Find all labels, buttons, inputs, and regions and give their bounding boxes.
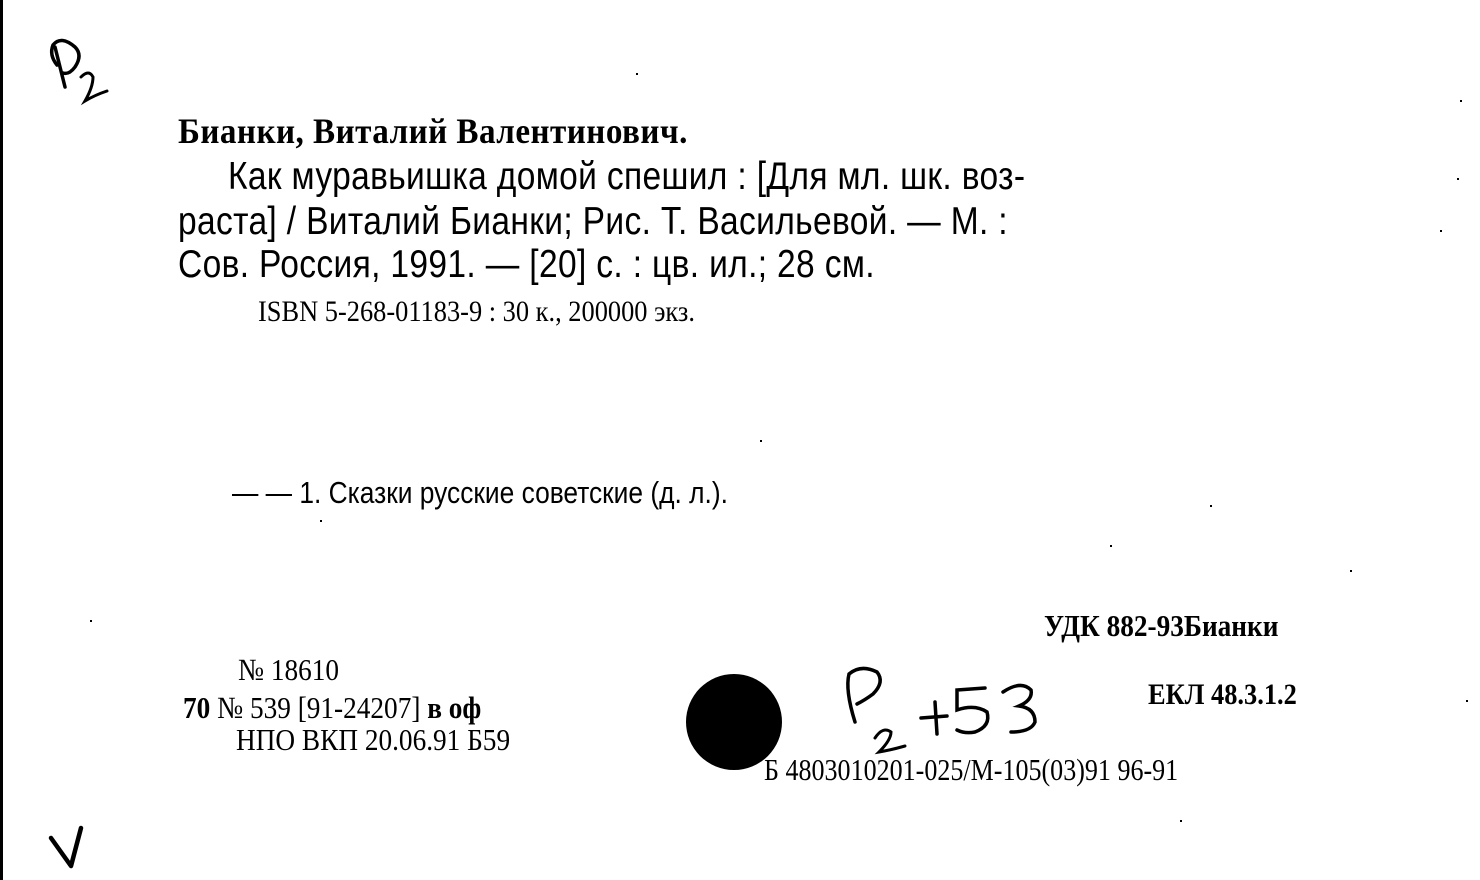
subject-heading: — — 1. Сказки русские советские (д. л.). [232, 475, 728, 511]
scan-speck [1180, 820, 1182, 822]
printing-publisher: НПО ВКП 20.06.91 Б59 [236, 722, 510, 758]
isbn-line: ISBN 5-268-01183-9 : 30 к., 200000 экз. [258, 295, 695, 329]
printing-order-main: № 539 [91-24207] [217, 690, 420, 725]
printing-number: № 18610 [238, 652, 339, 688]
title-line-3: Сов. Россия, 1991. — [20] с. : цв. ил.; … [178, 243, 875, 287]
scan-speck [1440, 230, 1442, 232]
scan-speck [636, 73, 638, 75]
scan-speck [1110, 545, 1112, 547]
check-mark-icon [45, 820, 95, 880]
scan-speck [760, 440, 762, 442]
scan-speck [1457, 178, 1459, 180]
scan-speck [1466, 700, 1468, 702]
author-heading: Бианки, Виталий Валентинович. [178, 110, 688, 152]
printing-order-prefix: 70 [183, 690, 210, 725]
scan-speck [1210, 505, 1212, 507]
card-left-edge [0, 0, 3, 880]
printing-order-suffix: в оф [427, 690, 481, 725]
ekl-classification: ЕКЛ 48.3.1.2 [1148, 678, 1297, 712]
handwritten-call-number-icon [835, 660, 1065, 760]
handwritten-shelf-mark-icon [35, 25, 125, 115]
scan-speck [1350, 570, 1352, 572]
catalog-card: Бианки, Виталий Валентинович. Как муравь… [0, 0, 1480, 880]
bbk-code: Б 4803010201-025/М-105(03)91 96-91 [764, 752, 1178, 788]
scan-speck [1460, 100, 1462, 102]
title-line-2: раста] / Виталий Бианки; Рис. Т. Василье… [178, 200, 1008, 244]
scan-speck [320, 520, 322, 522]
printing-order: 70 № 539 [91-24207] в оф [183, 690, 481, 726]
udk-classification: УДК 882-93Бианки [1044, 608, 1278, 644]
title-line-1: Как муравьишка домой спешил : [Для мл. ш… [228, 155, 1025, 199]
scan-speck [90, 620, 92, 622]
